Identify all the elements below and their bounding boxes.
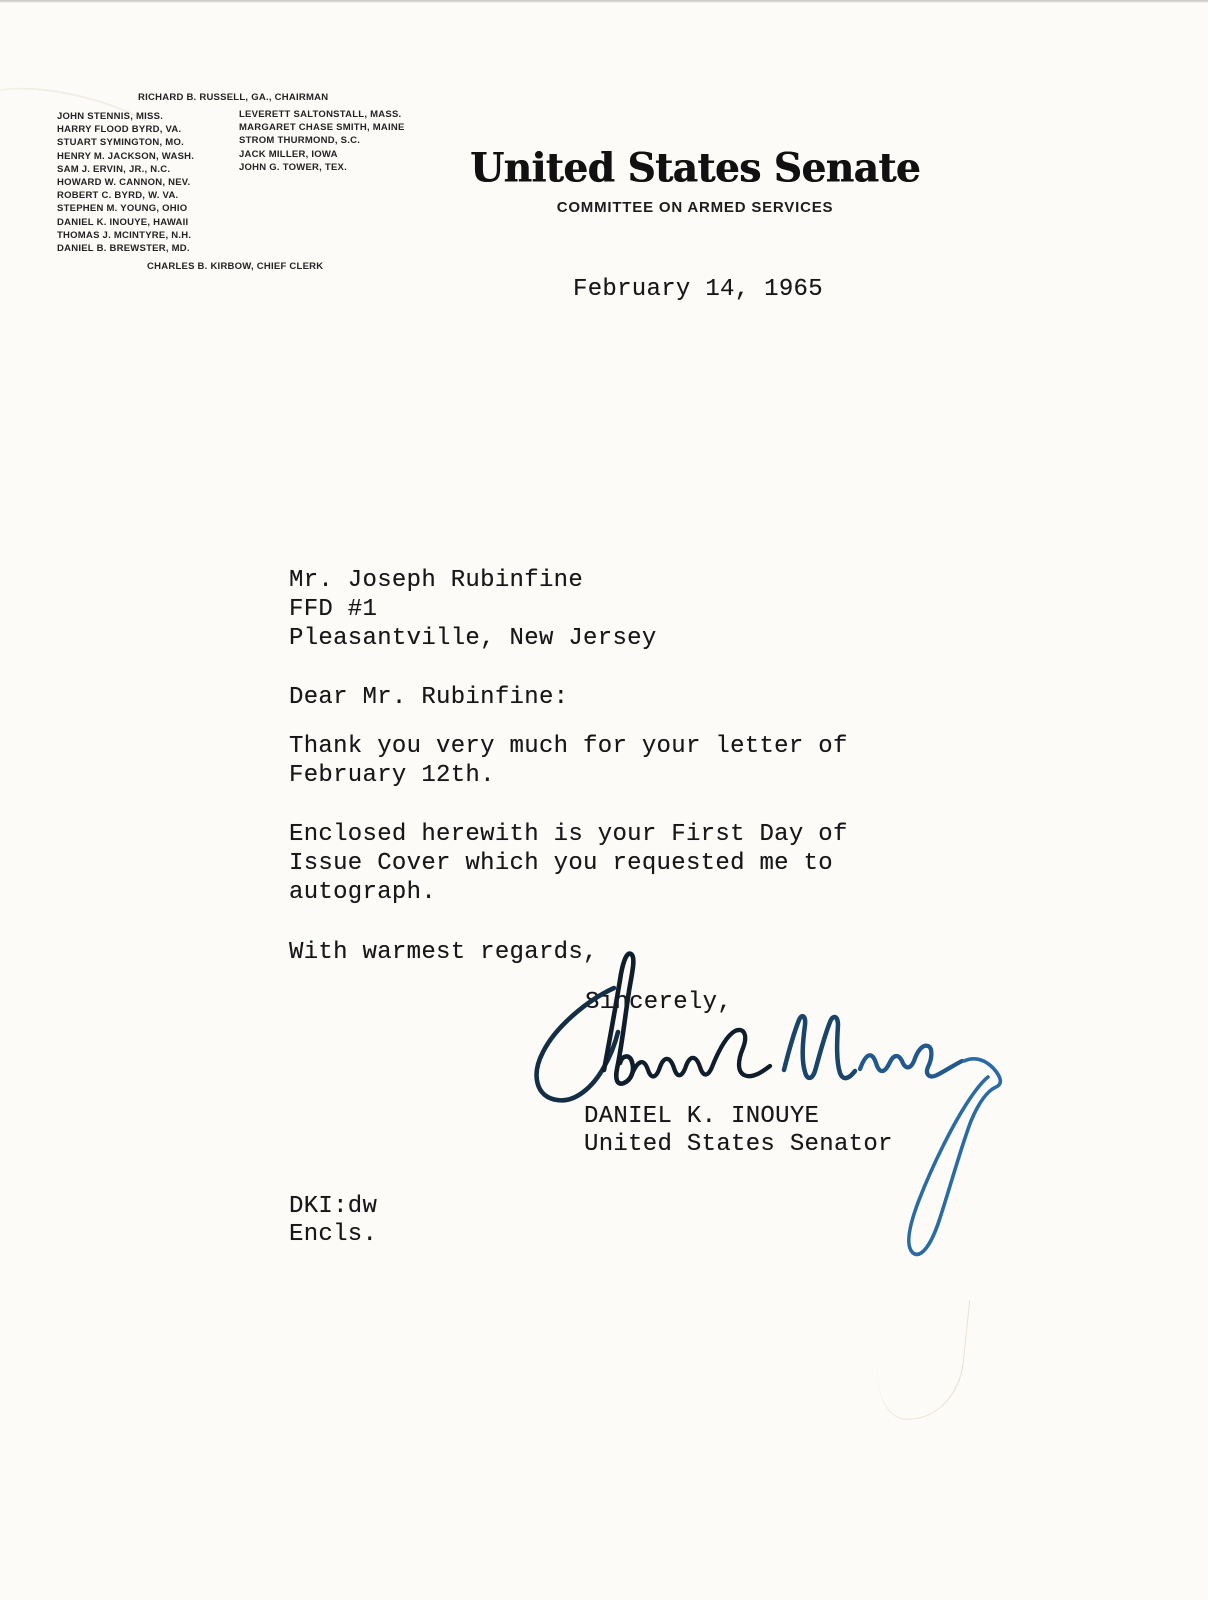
scanned-letter-page: RICHARD B. RUSSELL, GA., CHAIRMAN JOHN S… bbox=[0, 0, 1208, 1600]
signer-typed-name: DANIEL K. INOUYE bbox=[584, 1102, 819, 1131]
body-paragraph: With warmest regards, bbox=[289, 938, 598, 967]
member-name: DANIEL K. INOUYE, HAWAII bbox=[57, 216, 194, 229]
member-name: ROBERT C. BYRD, W. VA. bbox=[57, 189, 194, 202]
member-name: JACK MILLER, IOWA bbox=[239, 148, 405, 161]
letter-date: February 14, 1965 bbox=[573, 275, 823, 304]
member-name: HARRY FLOOD BYRD, VA. bbox=[57, 123, 194, 136]
committee-members-right-column: LEVERETT SALTONSTALL, MASS. MARGARET CHA… bbox=[239, 108, 405, 174]
member-name: STROM THURMOND, S.C. bbox=[239, 134, 405, 147]
signature-stroke bbox=[784, 1016, 855, 1078]
signature-stroke bbox=[604, 954, 633, 1084]
member-name: HOWARD W. CANNON, NEV. bbox=[57, 176, 194, 189]
member-name: DANIEL B. BREWSTER, MD. bbox=[57, 242, 194, 255]
senate-title: United States Senate bbox=[470, 147, 920, 189]
member-name: SAM J. ERVIN, JR., N.C. bbox=[57, 163, 194, 176]
enclosure-note: Encls. bbox=[289, 1220, 377, 1249]
committee-members-left-column: JOHN STENNIS, MISS. HARRY FLOOD BYRD, VA… bbox=[57, 110, 194, 255]
salutation: Dear Mr. Rubinfine: bbox=[289, 683, 568, 712]
member-name: THOMAS J. MCINTYRE, N.H. bbox=[57, 229, 194, 242]
member-name: LEVERETT SALTONSTALL, MASS. bbox=[239, 108, 405, 121]
scanner-edge-shadow bbox=[0, 0, 1208, 2]
signature-stroke bbox=[860, 1046, 962, 1077]
committee-chairman-line: RICHARD B. RUSSELL, GA., CHAIRMAN bbox=[138, 92, 328, 103]
member-name: STUART SYMINGTON, MO. bbox=[57, 136, 194, 149]
member-name: JOHN G. TOWER, TEX. bbox=[239, 161, 405, 174]
member-name: HENRY M. JACKSON, WASH. bbox=[57, 150, 194, 163]
body-paragraph: Thank you very much for your letter of F… bbox=[289, 732, 848, 790]
member-name: STEPHEN M. YOUNG, OHIO bbox=[57, 202, 194, 215]
member-name: JOHN STENNIS, MISS. bbox=[57, 110, 194, 123]
body-paragraph: Enclosed herewith is your First Day of I… bbox=[289, 820, 848, 907]
member-name: MARGARET CHASE SMITH, MAINE bbox=[239, 121, 405, 134]
recipient-address-block: Mr. Joseph Rubinfine FFD #1 Pleasantvill… bbox=[289, 566, 657, 653]
signer-typed-title: United States Senator bbox=[584, 1130, 893, 1159]
signature-stroke bbox=[632, 1030, 770, 1076]
committee-name: COMMITTEE ON ARMED SERVICES bbox=[470, 199, 920, 216]
signature-daniel-k-inouye bbox=[518, 928, 1008, 1268]
complimentary-closing: Sincerely, bbox=[585, 988, 732, 1017]
paper-crease bbox=[872, 1291, 971, 1425]
reference-initials: DKI:dw bbox=[289, 1192, 377, 1221]
signature-stroke bbox=[909, 1059, 1001, 1255]
chief-clerk-line: CHARLES B. KIRBOW, CHIEF CLERK bbox=[147, 261, 323, 272]
